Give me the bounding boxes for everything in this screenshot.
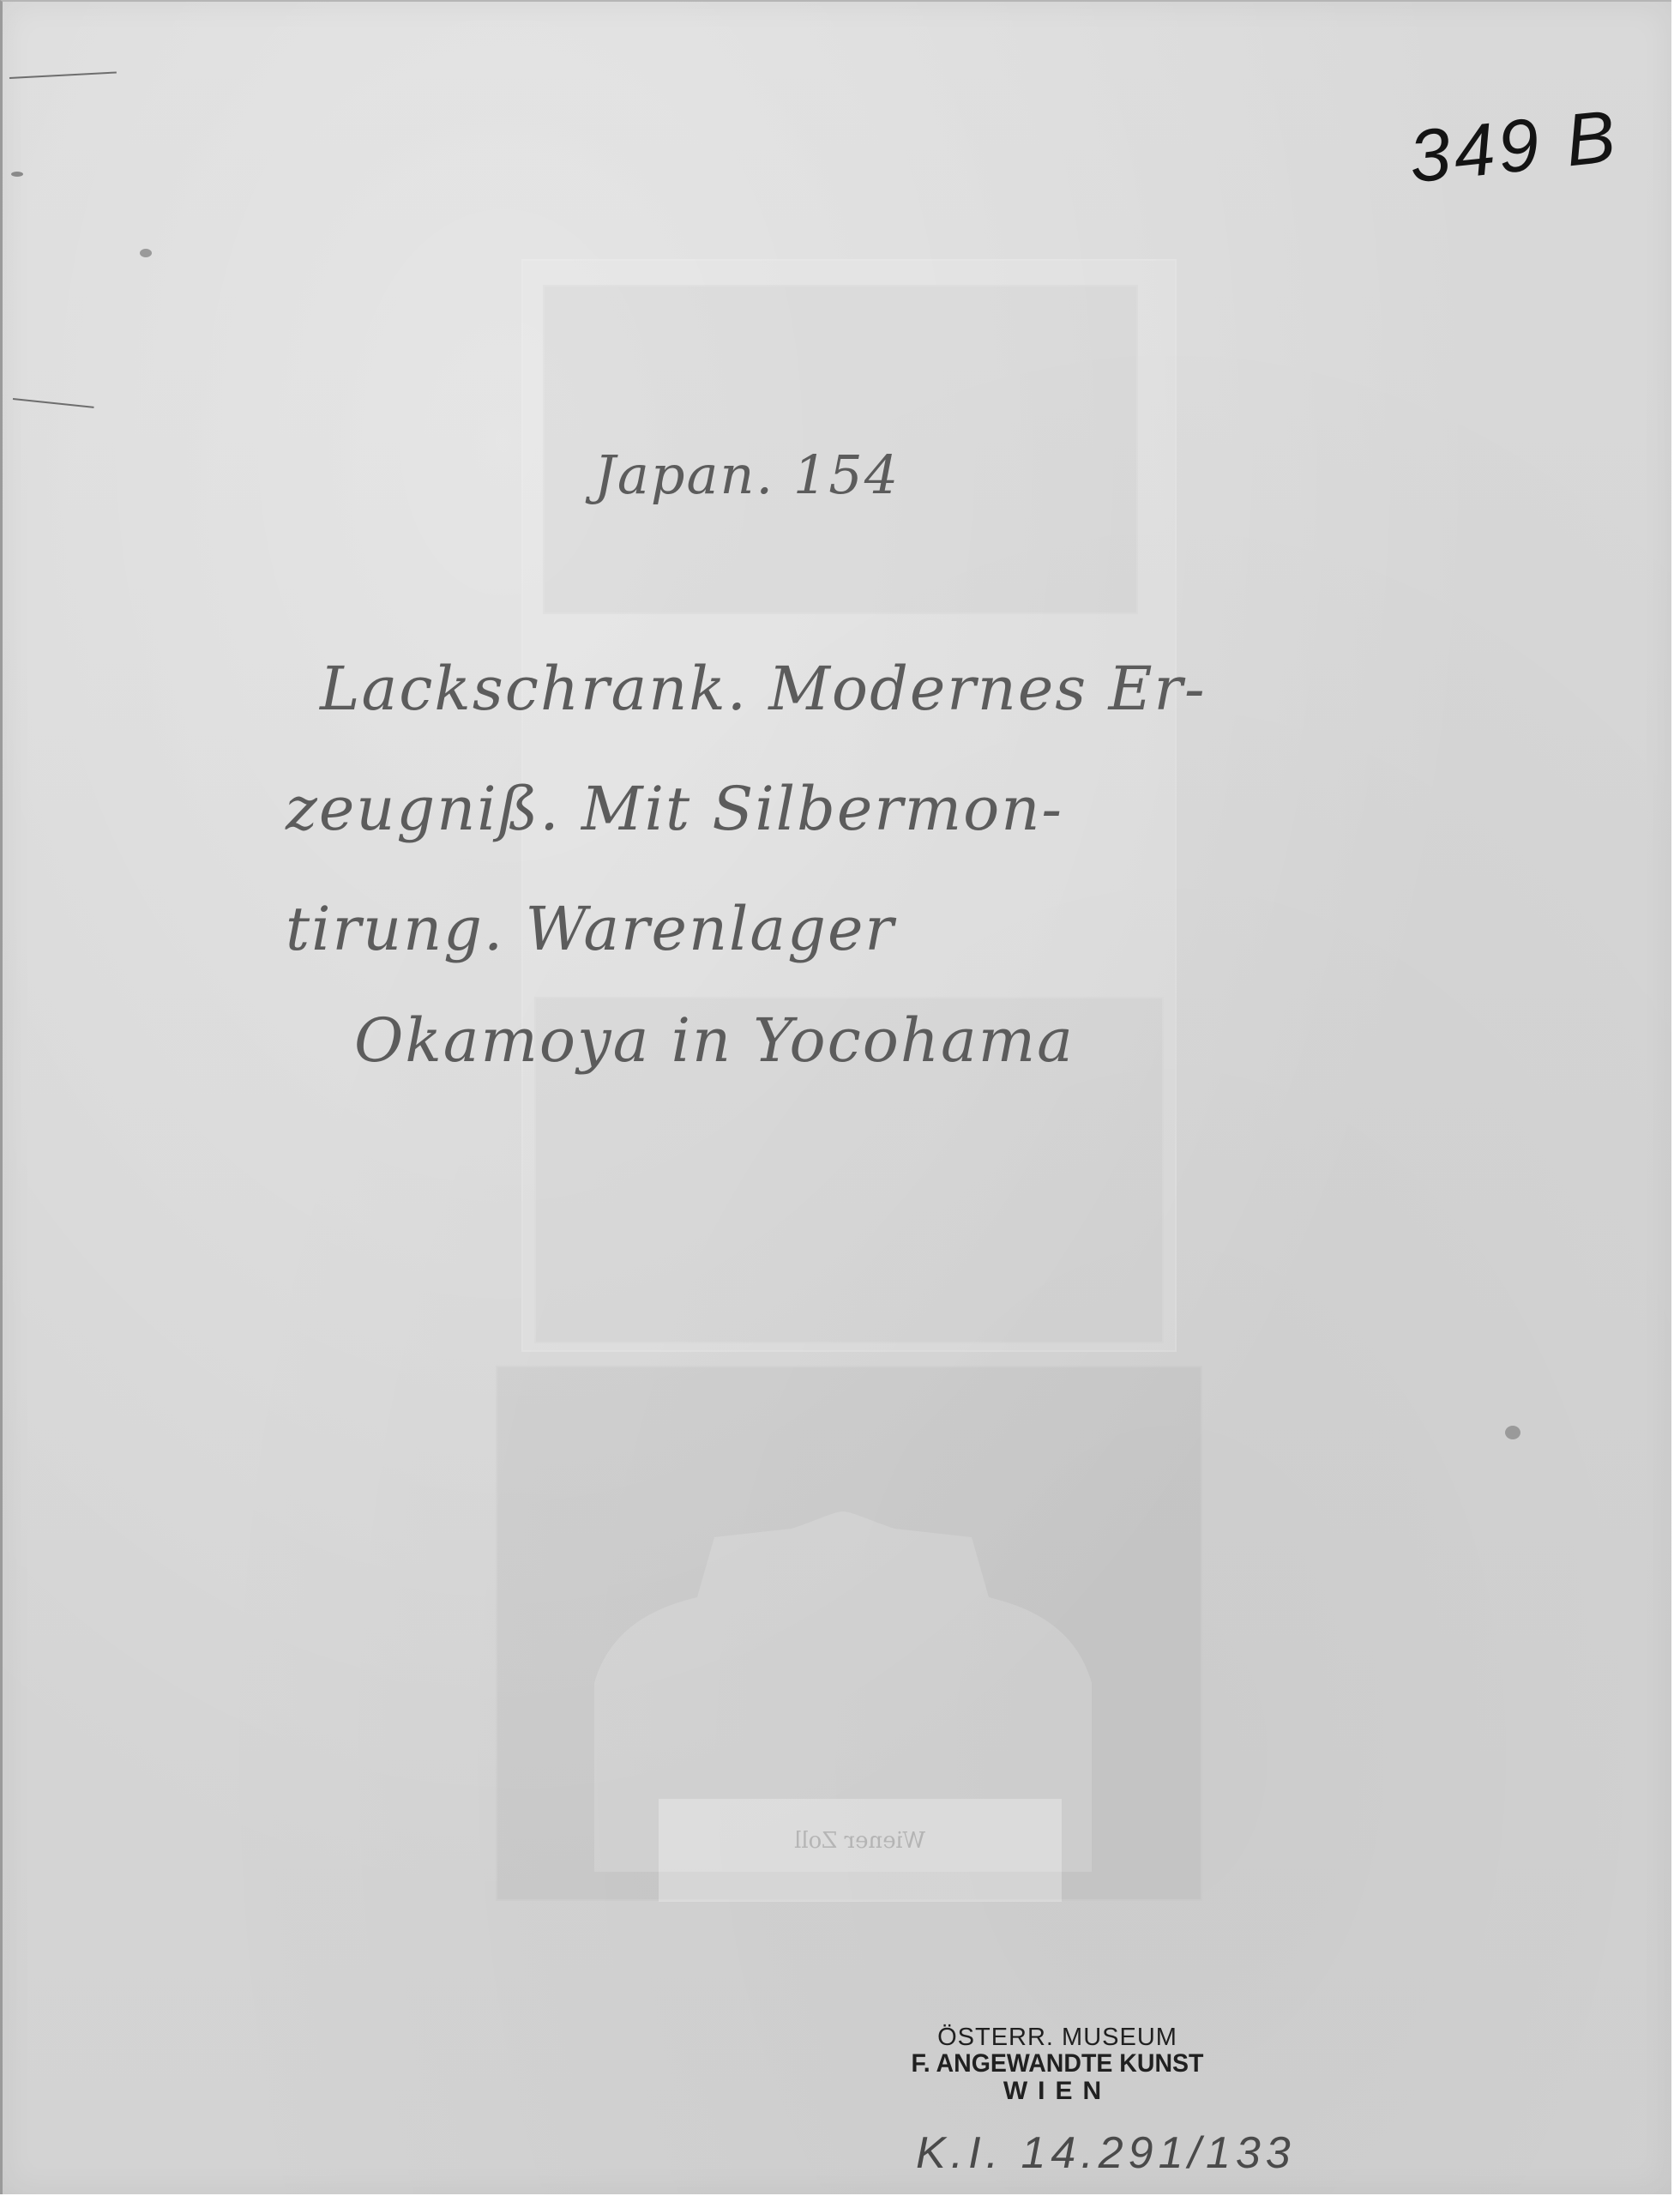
stamp-line-institution: F. ANGEWANDTE KUNST <box>911 2050 1204 2078</box>
document-sheet: Wiener Zoll 349 B Japan. 154 Lackschrank… <box>0 0 1671 2194</box>
handwritten-description-line: Lackschrank. Modernes Er- <box>320 654 1207 724</box>
stamp-line-city: WIEN <box>903 2078 1212 2105</box>
handwritten-description-line: Okamoya in Yocohama <box>354 1005 1075 1076</box>
stamp-line-museum: ÖSTERR. MUSEUM <box>903 2024 1212 2050</box>
inventory-number: K.I. 14.291/133 <box>916 2127 1296 2179</box>
paper-blemish <box>1505 1426 1520 1439</box>
paper-blemish <box>11 172 23 177</box>
handwritten-description-line: tirung. Warenlager <box>286 894 895 964</box>
crease-mark <box>13 398 94 408</box>
handwritten-description-line: zeugniß. Mit Silbermon- <box>286 774 1063 844</box>
museum-stamp: ÖSTERR. MUSEUM F. ANGEWANDTE KUNST WIEN <box>903 2024 1212 2104</box>
crease-mark <box>9 71 117 79</box>
paper-blemish <box>140 249 152 257</box>
show-through-label-text: Wiener Zoll <box>794 1828 925 1854</box>
handwritten-heading: Japan. 154 <box>594 443 900 506</box>
show-through-label: Wiener Zoll <box>659 1799 1062 1902</box>
catalog-number: 349 B <box>1405 94 1623 200</box>
